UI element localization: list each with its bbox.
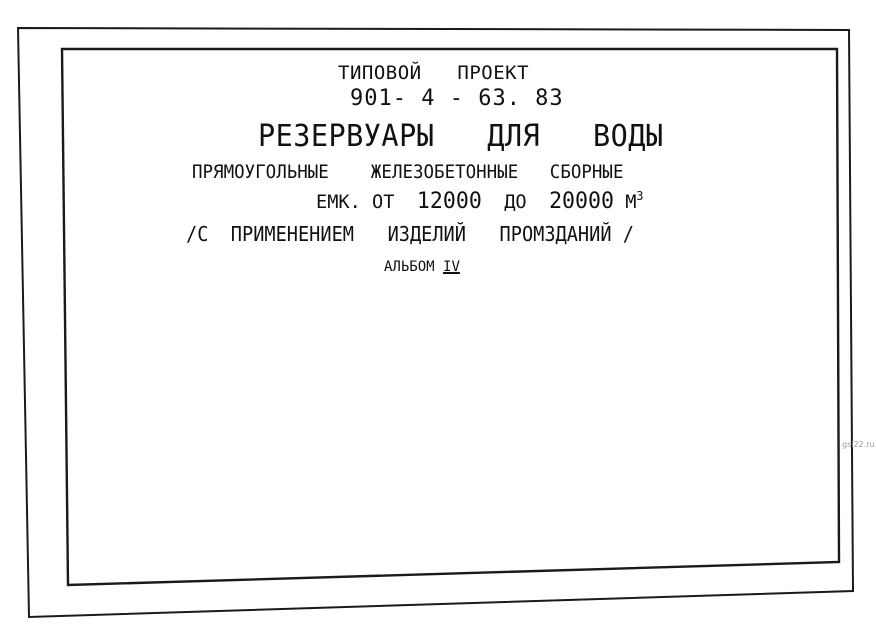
project-type-heading: ТИПОВОЙ ПРОЕКТ bbox=[338, 64, 529, 83]
document-title: РЕЗЕРВУАРЫ ДЛЯ ВОДЫ bbox=[258, 122, 664, 152]
capacity-line: ЕМК. ОТ 12000 ДО 20000 М3 bbox=[316, 191, 644, 213]
capacity-from: 12000 bbox=[417, 189, 482, 214]
capacity-prefix: ЕМК. ОТ bbox=[316, 191, 417, 213]
capacity-middle: ДО bbox=[482, 191, 549, 213]
subtitle-type: ПРЯМОУГОЛЬНЫЕ ЖЕЛЕЗОБЕТОННЫЕ СБОРНЫЕ bbox=[192, 163, 623, 182]
application-note: /С ПРИМЕНЕНИЕМ ИЗДЕЛИЙ ПРОМЗДАНИЙ / bbox=[186, 224, 634, 244]
capacity-to: 20000 bbox=[549, 189, 614, 214]
capacity-unit: М bbox=[614, 191, 636, 213]
project-number: 901- 4 - 63. 83 bbox=[350, 88, 564, 110]
outer-border bbox=[18, 28, 853, 617]
capacity-exponent: 3 bbox=[636, 189, 643, 203]
album-label: АЛЬБОМ IV bbox=[384, 260, 460, 274]
watermark: gsi22.ru bbox=[842, 440, 875, 449]
album-prefix: АЛЬБОМ bbox=[384, 259, 443, 275]
album-number: IV bbox=[443, 259, 460, 275]
